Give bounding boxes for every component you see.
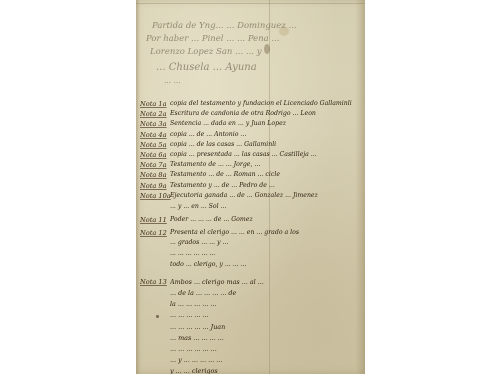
note-entry: Nota 8a Testamento ... de ... Roman ... … [140,170,362,180]
note-line: Ambos ... clerigo mas ... al ... [170,277,362,288]
note-line: todo ... clerigo, y ... ... ... [170,260,362,271]
note-line: Testamento y ... de ... Pedro de ... [170,181,362,191]
note-line: Presenta el clerigo ... ... en ... grado… [170,228,362,239]
note-line: Sentencia ... dada en ... y Juan Lopez [170,119,362,129]
note-entry: Nota 3a Sentencia ... dada en ... y Juan… [140,119,362,129]
note-text: Testamento y ... de ... Pedro de ... [170,181,362,191]
note-label: Nota 10a [140,191,170,201]
note-text: Testamento ... de ... Roman ... cicle [170,170,362,180]
note-text: copia ... presentada ... las casas ... C… [170,150,362,160]
note-line: copia del testamento y fundacion el Lice… [170,99,362,109]
header-line: Por haber ... Pinel ... ... Pena ... [146,33,361,46]
header-line: ... Chusela ... Ayuna [146,61,361,74]
note-text: copia del testamento y fundacion el Lice… [170,99,362,109]
horizontal-fold-crease [136,3,365,4]
note-entry: Nota 10a Ejecutoria ganada ... de ... Go… [140,191,362,213]
note-entry: Nota 11 Poder ... ... ... de ... Gomez [140,215,362,225]
note-label: Nota 7a [140,160,170,170]
note-entry: Nota 4a copia ... de ... Antonio ... [140,130,362,140]
note-label: Nota 11 [140,215,170,225]
note-label: Nota 8a [140,170,170,180]
note-label: Nota 13 [140,277,170,287]
note-line: ... y ... ... ... ... ... [170,355,362,366]
note-line: ... mas ... ... ... ... [170,333,362,344]
note-text: Presenta el clerigo ... ... en ... grado… [170,228,362,271]
note-label: Nota 5a [140,140,170,150]
note-entry: Nota 12 Presenta el clerigo ... ... en .… [140,228,362,271]
note-label: Nota 3a [140,119,170,129]
note-line: ... ... ... ... ... [170,310,362,321]
note-line: Poder ... ... ... de ... Gomez [170,215,362,225]
note-entry: Nota 2a Escritura de candonia de otra Ro… [140,109,362,119]
note-text: Sentencia ... dada en ... y Juan Lopez [170,119,362,129]
header-line: ... ... [146,74,361,87]
note-label: Nota 9a [140,181,170,191]
viewer-stage: Partida de Yng... ... Dominguez ... Por … [0,0,500,374]
note-entry: Nota 7a Testamento de ... ... Jorge, ... [140,160,362,170]
note-line: Escritura de candonia de otra Rodrigo ..… [170,109,362,119]
header-line: Lorenzo Lopez San ... ... y [146,46,361,59]
header-line: Partida de Yng... ... Dominguez ... [146,20,361,33]
note-entry: Nota 1a copia del testamento y fundacion… [140,99,362,109]
note-line: la ... ... ... ... ... [170,299,362,310]
note-text: copia ... de las casas ... Gallaminli [170,140,362,150]
note-text: copia ... de ... Antonio ... [170,130,362,140]
note-label: Nota 6a [140,150,170,160]
note-line: copia ... de las casas ... Gallaminli [170,140,362,150]
note-line: ... ... ... ... ... ... [170,344,362,355]
note-text: Escritura de candonia de otra Rodrigo ..… [170,109,362,119]
note-line: Testamento de ... ... Jorge, ... [170,160,362,170]
note-line: copia ... de ... Antonio ... [170,130,362,140]
note-line: y ... ... clerigos [170,366,362,374]
note-line: copia ... presentada ... las casas ... C… [170,150,362,160]
note-line: Ejecutoria ganada ... de ... Gonzalez ..… [170,191,362,202]
note-text: Ambos ... clerigo mas ... al ... ... de … [170,277,362,374]
manuscript-page: Partida de Yng... ... Dominguez ... Por … [136,0,365,374]
note-line: Testamento ... de ... Roman ... cicle [170,170,362,180]
note-text: Ejecutoria ganada ... de ... Gonzalez ..… [170,191,362,213]
note-text: Testamento de ... ... Jorge, ... [170,160,362,170]
notes-list: Nota 1a copia del testamento y fundacion… [140,99,362,374]
note-entry: Nota 9a Testamento y ... de ... Pedro de… [140,181,362,191]
note-line: ... ... ... ... ... Juan [170,322,362,333]
note-label: Nota 2a [140,109,170,119]
note-entry: Nota 5a copia ... de las casas ... Galla… [140,140,362,150]
note-line: ... y ... en ... Sol ... [170,202,362,213]
note-line: ... grados ... ... y ... [170,238,362,249]
note-text: Poder ... ... ... de ... Gomez [170,215,362,225]
note-line: ... de la ... ... ... ... de [170,288,362,299]
note-label: Nota 12 [140,228,170,238]
note-label: Nota 1a [140,99,170,109]
header-block: Partida de Yng... ... Dominguez ... Por … [146,20,361,87]
note-entry: Nota 6a copia ... presentada ... las cas… [140,150,362,160]
note-line: ... ... ... ... ... ... [170,249,362,260]
note-entry: Nota 13 Ambos ... clerigo mas ... al ...… [140,277,362,374]
note-label: Nota 4a [140,130,170,140]
